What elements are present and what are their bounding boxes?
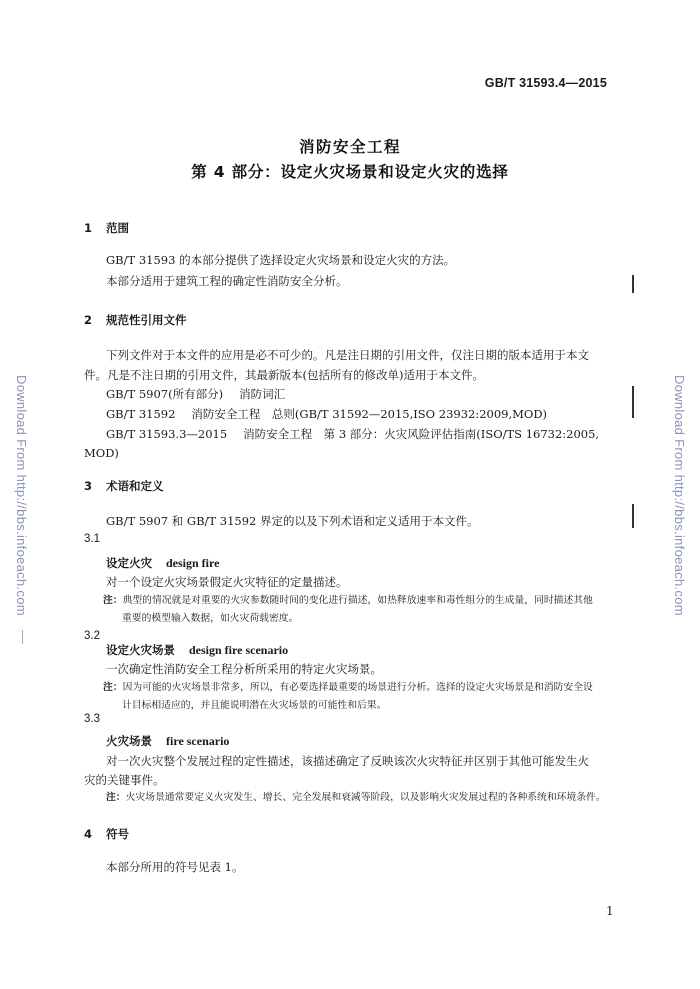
standard-code: GB/T 31593.4—2015 [485,76,607,90]
section-title: 规范性引用文件 [106,313,187,327]
term-heading: 火灾场景fire scenario [106,733,229,749]
reference-item: GB/T 5907(所有部分)消防词汇 [106,385,285,403]
section-title: 范围 [106,221,129,235]
clause-number: 3.2 [84,630,100,642]
reference-code: GB/T 5907(所有部分) [106,387,223,401]
note-text: 火灾场景通常要定义火灾发生、增长、完全发展和衰减等阶段，以及影响火灾发展过程的各… [126,792,606,803]
watermark-right: Download From http://bbs.infoeach.com [672,375,687,616]
note-continuation: 计目标相适应的，并且能说明潜在火灾场景的可能性和后果。 [122,697,387,715]
term-heading: 设定火灾场景design fire scenario [106,642,288,658]
change-bar [632,275,634,293]
document-title: 消防安全工程 [0,135,700,157]
term-en: design fire [166,556,219,570]
term-zh: 设定火灾 [106,556,152,570]
term-definition: 对一个设定火灾场景假定火灾特征的定量描述。 [106,573,348,591]
section-title: 符号 [106,827,129,841]
section-2-heading: 2规范性引用文件 [84,312,187,328]
note-continuation: 重要的模型输入数据，如火灾荷载密度。 [122,610,298,628]
term-definition-continuation: 灾的关键事件。 [84,771,165,789]
paragraph: GB/T 31593 的本部分提供了选择设定火灾场景和设定火灾的方法。 [106,251,455,269]
section-number: 3 [84,479,106,493]
term-definition: 对一次火灾整个发展过程的定性描述，该描述确定了反映该次火灾特征并区别于其他可能发… [106,752,589,770]
note: 注：因为可能的火灾场景非常多，所以，有必要选择最重要的场景进行分析。选择的设定火… [103,679,593,697]
section-number: 1 [84,221,106,235]
paragraph: GB/T 5907 和 GB/T 31592 界定的以及下列术语和定义适用于本文… [106,512,479,530]
reference-title: 消防安全工程 总则(GB/T 31592—2015,ISO 23932:2009… [191,407,547,421]
paragraph: 下列文件对于本文件的应用是必不可少的。凡是注日期的引用文件，仅注日期的版本适用于… [106,346,589,364]
change-bar [632,386,634,418]
note-label: 注： [103,682,123,693]
note: 注：火灾场景通常要定义火灾发生、增长、完全发展和衰减等阶段，以及影响火灾发展过程… [106,789,606,807]
term-en: design fire scenario [189,643,288,657]
change-bar [632,504,634,528]
section-3-heading: 3术语和定义 [84,478,164,494]
paragraph: 件。凡是不注日期的引用文件，其最新版本(包括所有的修改单)适用于本文件。 [84,366,484,384]
reference-item: GB/T 31593.3—2015消防安全工程 第 3 部分：火灾风险评估指南(… [106,425,599,443]
note-label: 注： [103,595,123,606]
note-label: 注： [106,792,126,803]
document-subtitle: 第 4 部分：设定火灾场景和设定火灾的选择 [0,160,700,182]
section-number: 2 [84,313,106,327]
page-number: 1 [606,904,614,918]
reference-title: 消防词汇 [239,387,285,401]
clause-number: 3.1 [84,533,100,545]
note-text: 典型的情况就是对重要的火灾参数随时间的变化进行描述，如热释放速率和毒性组分的生成… [123,595,593,606]
section-number: 4 [84,827,106,841]
section-4-heading: 4符号 [84,826,129,842]
reference-code: GB/T 31592 [106,407,175,421]
reference-continuation: MOD) [84,444,119,462]
watermark-divider [22,630,23,644]
paragraph: 本部分所用的符号见表 1。 [106,858,243,876]
term-heading: 设定火灾design fire [106,555,219,571]
reference-code: GB/T 31593.3—2015 [106,427,227,441]
note-text: 因为可能的火灾场景非常多，所以，有必要选择最重要的场景进行分析。选择的设定火灾场… [123,682,593,693]
term-zh: 火灾场景 [106,734,152,748]
section-1-heading: 1范围 [84,220,129,236]
watermark-left: Download From http://bbs.infoeach.com [14,375,29,616]
term-en: fire scenario [166,734,229,748]
reference-item: GB/T 31592消防安全工程 总则(GB/T 31592—2015,ISO … [106,405,547,423]
term-zh: 设定火灾场景 [106,643,175,657]
paragraph: 本部分适用于建筑工程的确定性消防安全分析。 [106,272,348,290]
reference-title: 消防安全工程 第 3 部分：火灾风险评估指南(ISO/TS 16732:2005… [243,427,599,441]
term-definition: 一次确定性消防安全工程分析所采用的特定火灾场景。 [106,660,382,678]
section-title: 术语和定义 [106,479,164,493]
note: 注：典型的情况就是对重要的火灾参数随时间的变化进行描述，如热释放速率和毒性组分的… [103,592,593,610]
clause-number: 3.3 [84,713,100,725]
